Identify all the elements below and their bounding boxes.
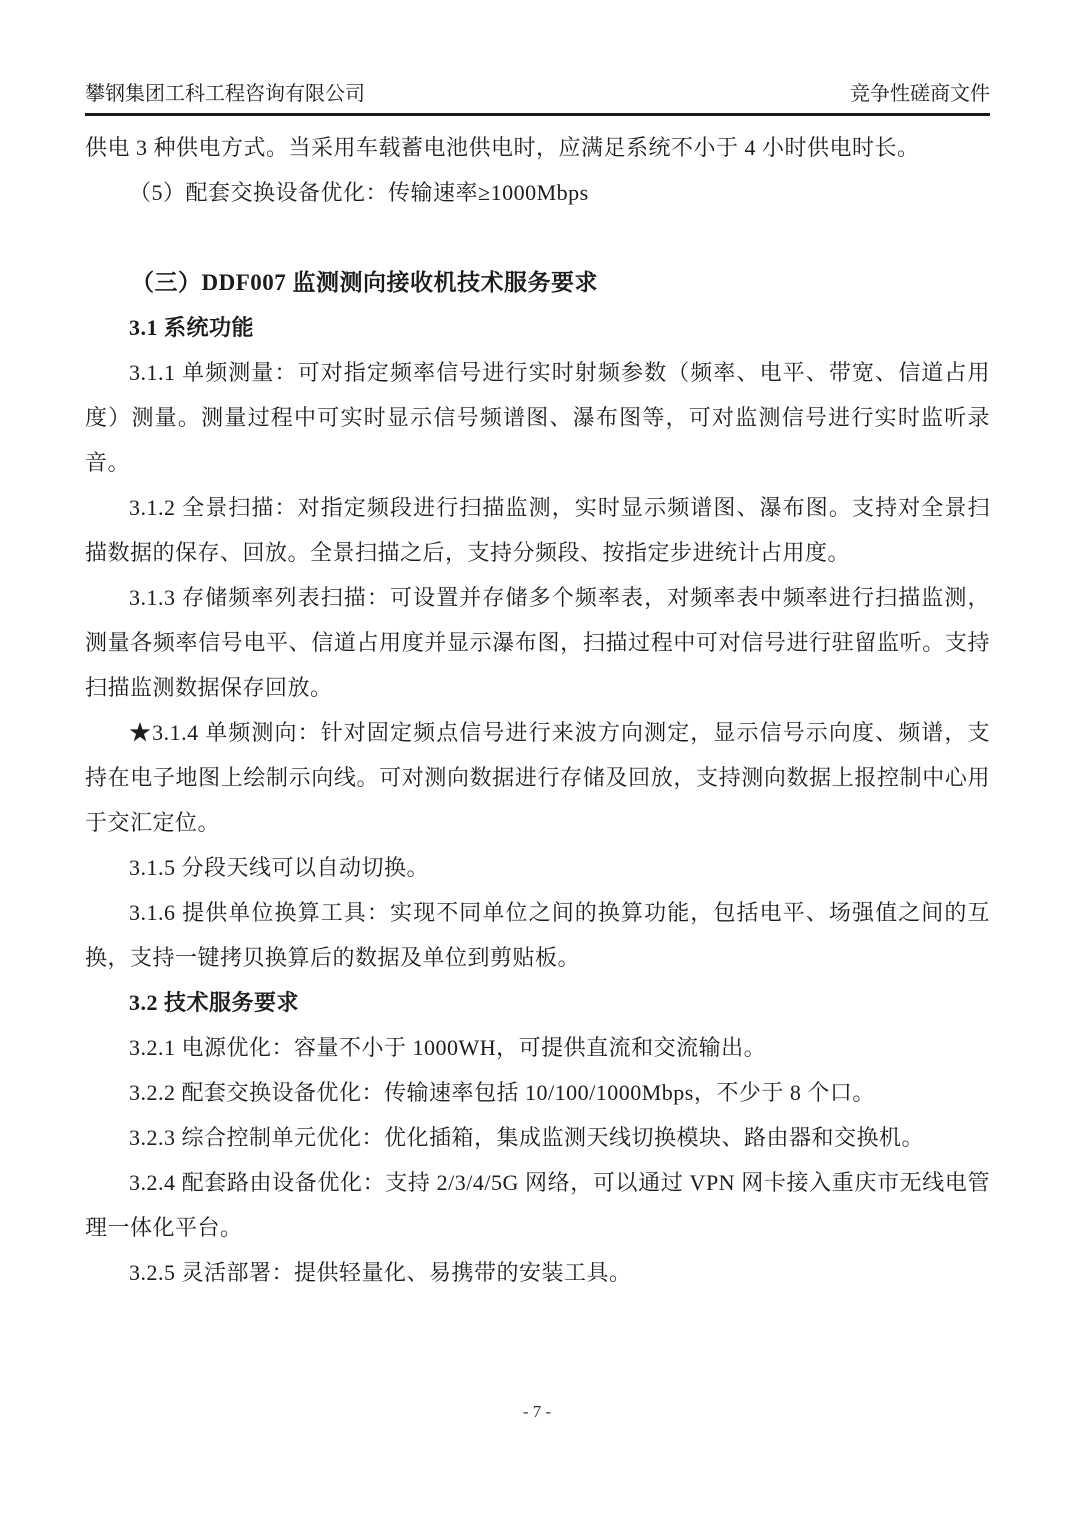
paragraph: 3.2.2 配套交换设备优化：传输速率包括 10/100/1000Mbps，不少… [85, 1070, 990, 1115]
paragraph: 3.1.2 全景扫描：对指定频段进行扫描监测，实时显示频谱图、瀑布图。支持对全景… [85, 485, 990, 575]
paragraph: 3.2.1 电源优化：容量不小于 1000WH，可提供直流和交流输出。 [85, 1025, 990, 1070]
header-document-type: 竞争性磋商文件 [850, 80, 990, 108]
page: 攀钢集团工科工程咨询有限公司 竞争性磋商文件 供电 3 种供电方式。当采用车载蓄… [0, 0, 1074, 1520]
page-header: 攀钢集团工科工程咨询有限公司 竞争性磋商文件 [85, 80, 990, 116]
header-company-name: 攀钢集团工科工程咨询有限公司 [85, 80, 365, 108]
paragraph: 3.2.5 灵活部署：提供轻量化、易携带的安装工具。 [85, 1250, 990, 1295]
paragraph: 3.1.5 分段天线可以自动切换。 [85, 845, 990, 890]
document-body: 供电 3 种供电方式。当采用车载蓄电池供电时，应满足系统不小于 4 小时供电时长… [85, 125, 990, 1295]
page-number: - 7 - [523, 1402, 551, 1421]
section-heading: 3.1 系统功能 [85, 305, 990, 350]
paragraph: 供电 3 种供电方式。当采用车载蓄电池供电时，应满足系统不小于 4 小时供电时长… [85, 125, 990, 170]
paragraph: 3.2.4 配套路由设备优化：支持 2/3/4/5G 网络，可以通过 VPN 网… [85, 1160, 990, 1250]
paragraph: 3.1.3 存储频率列表扫描：可设置并存储多个频率表，对频率表中频率进行扫描监测… [85, 575, 990, 710]
paragraph: 3.2.3 综合控制单元优化：优化插箱，集成监测天线切换模块、路由器和交换机。 [85, 1115, 990, 1160]
blank-line [85, 215, 990, 260]
page-footer: - 7 - [0, 1398, 1074, 1426]
section-heading: 3.2 技术服务要求 [85, 980, 990, 1025]
paragraph: ★3.1.4 单频测向：针对固定频点信号进行来波方向测定，显示信号示向度、频谱，… [85, 710, 990, 845]
section-heading: （三）DDF007 监测测向接收机技术服务要求 [85, 260, 990, 305]
document-page: { "header": { "left": "攀钢集团工科工程咨询有限公司", … [0, 0, 1074, 1520]
paragraph: 3.1.1 单频测量：可对指定频率信号进行实时射频参数（频率、电平、带宽、信道占… [85, 350, 990, 485]
paragraph: （5）配套交换设备优化：传输速率≥1000Mbps [85, 170, 990, 215]
paragraph: 3.1.6 提供单位换算工具：实现不同单位之间的换算功能，包括电平、场强值之间的… [85, 890, 990, 980]
